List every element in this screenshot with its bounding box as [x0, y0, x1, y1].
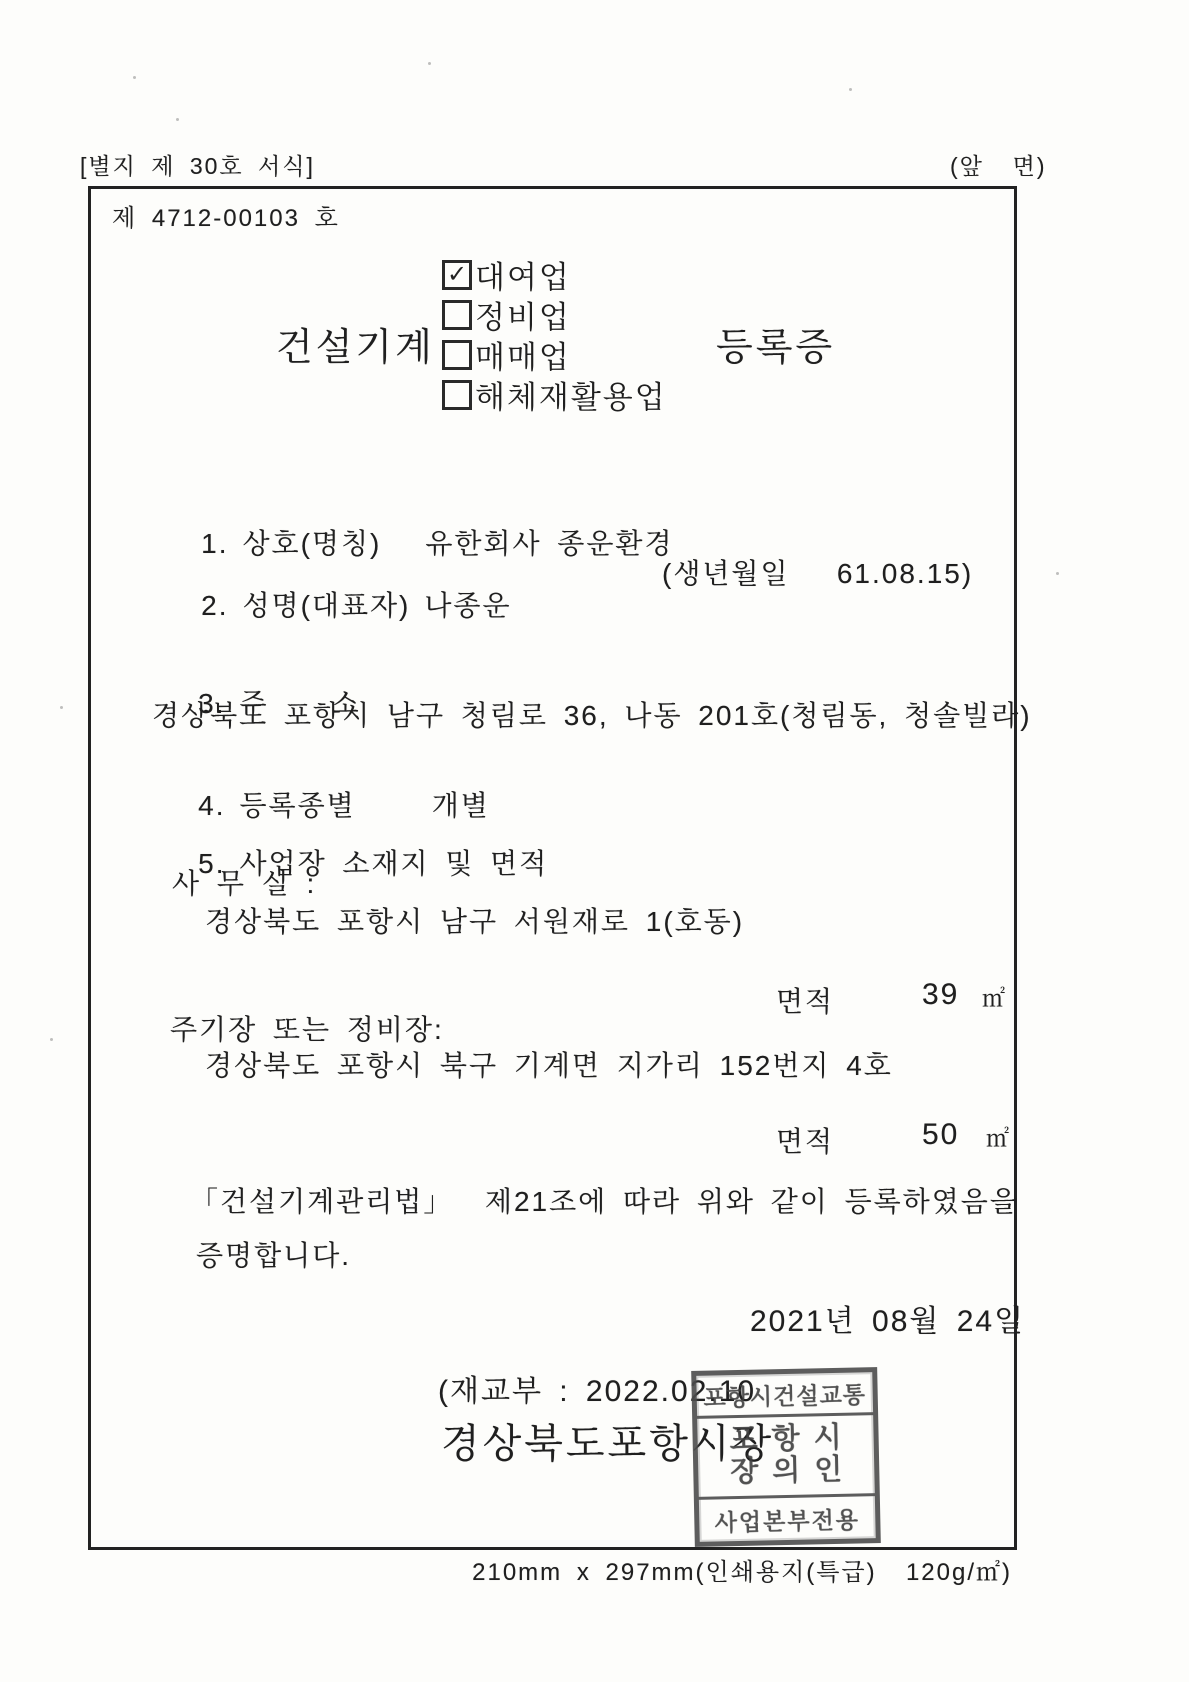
checkbox-row-sales: 매매업 [442, 332, 571, 377]
title-left: 건설기계 [276, 316, 435, 371]
scan-speck [133, 76, 136, 79]
office-area-label: 면적 [776, 980, 834, 1020]
statement-line-2: 증명합니다. [196, 1234, 351, 1274]
field-label: 성명(대표자) [242, 584, 410, 624]
field-value: 나종운 [424, 584, 511, 624]
office-area-value: 39 [922, 978, 959, 1012]
stamp-bottom-text: 사업본부전용 [699, 1496, 876, 1542]
field-birth-date: (생년월일 61.08.15) [662, 552, 973, 592]
checkbox-row-maintenance: 정비업 [442, 292, 571, 337]
checkbox-maintenance [442, 300, 472, 330]
checkmark-icon: ✓ [447, 263, 467, 287]
statement-line-1: 「건설기계관리법」 제21조에 따라 위와 같이 등록하였음을 [190, 1180, 1019, 1220]
scanned-registration-certificate: [별지 제 30호 서식] (앞 면) 제 4712-00103 호 건설기계 … [0, 0, 1189, 1682]
checkbox-row-dismantling: 해체재활용업 [442, 372, 667, 417]
title-right: 등록증 [716, 316, 835, 371]
stamp-center-line-2: 장의인 [716, 1455, 857, 1490]
office-label: 사 무 실 : [172, 862, 316, 902]
yard-area-label: 면적 [776, 1120, 834, 1160]
stamp-top-text: 포항시건설교통 [696, 1372, 873, 1419]
yard-area-value: 50 [922, 1118, 959, 1152]
official-seal-stamp: 포항시건설교통 포항시 장의인 사업본부전용 [691, 1367, 881, 1547]
yard-address: 경상북도 포항시 북구 기계면 지가리 152번지 4호 [205, 1044, 893, 1084]
issue-date: 2021년 08월 24일 [750, 1296, 1025, 1340]
scan-speck [849, 88, 852, 91]
field-representative-name: 2.성명(대표자)나종운 [138, 552, 512, 656]
field-address-value: 경상북도 포항시 남구 청림로 36, 나동 201호(청림동, 청솔빌라) [152, 694, 1032, 734]
office-area-unit: ㎡ [982, 980, 1007, 1013]
checkbox-label-dismantling: 해체재활용업 [475, 372, 667, 417]
office-address: 경상북도 포항시 남구 서원재로 1(호동) [205, 900, 744, 940]
scan-speck [428, 62, 431, 65]
scan-speck [50, 1038, 53, 1041]
checkbox-dismantling [442, 380, 472, 410]
form-reference-label: [별지 제 30호 서식] [80, 148, 315, 181]
paper-spec-note: 210mm x 297mm(인쇄용지(특급) 120g/㎡) [472, 1552, 1012, 1587]
checkbox-label-sales: 매매업 [475, 332, 571, 377]
checkbox-row-rental: ✓ 대여업 [442, 252, 571, 297]
stamp-center-line-1: 포항시 [715, 1423, 856, 1458]
checkbox-sales [442, 340, 472, 370]
stamp-center-text: 포항시 장의인 [697, 1415, 875, 1500]
page-side-label: (앞 면) [950, 148, 1047, 181]
scan-speck [60, 706, 63, 709]
document-number: 제 4712-00103 호 [112, 198, 340, 233]
checkbox-label-maintenance: 정비업 [475, 292, 571, 337]
yard-area-unit: ㎡ [986, 1120, 1011, 1153]
scan-speck [176, 118, 179, 121]
yard-label: 주기장 또는 정비장: [170, 1008, 444, 1048]
scan-speck [1056, 572, 1059, 575]
checkbox-label-rental: 대여업 [475, 252, 571, 297]
checkbox-rental: ✓ [442, 260, 472, 290]
field-number: 2. [201, 590, 228, 622]
